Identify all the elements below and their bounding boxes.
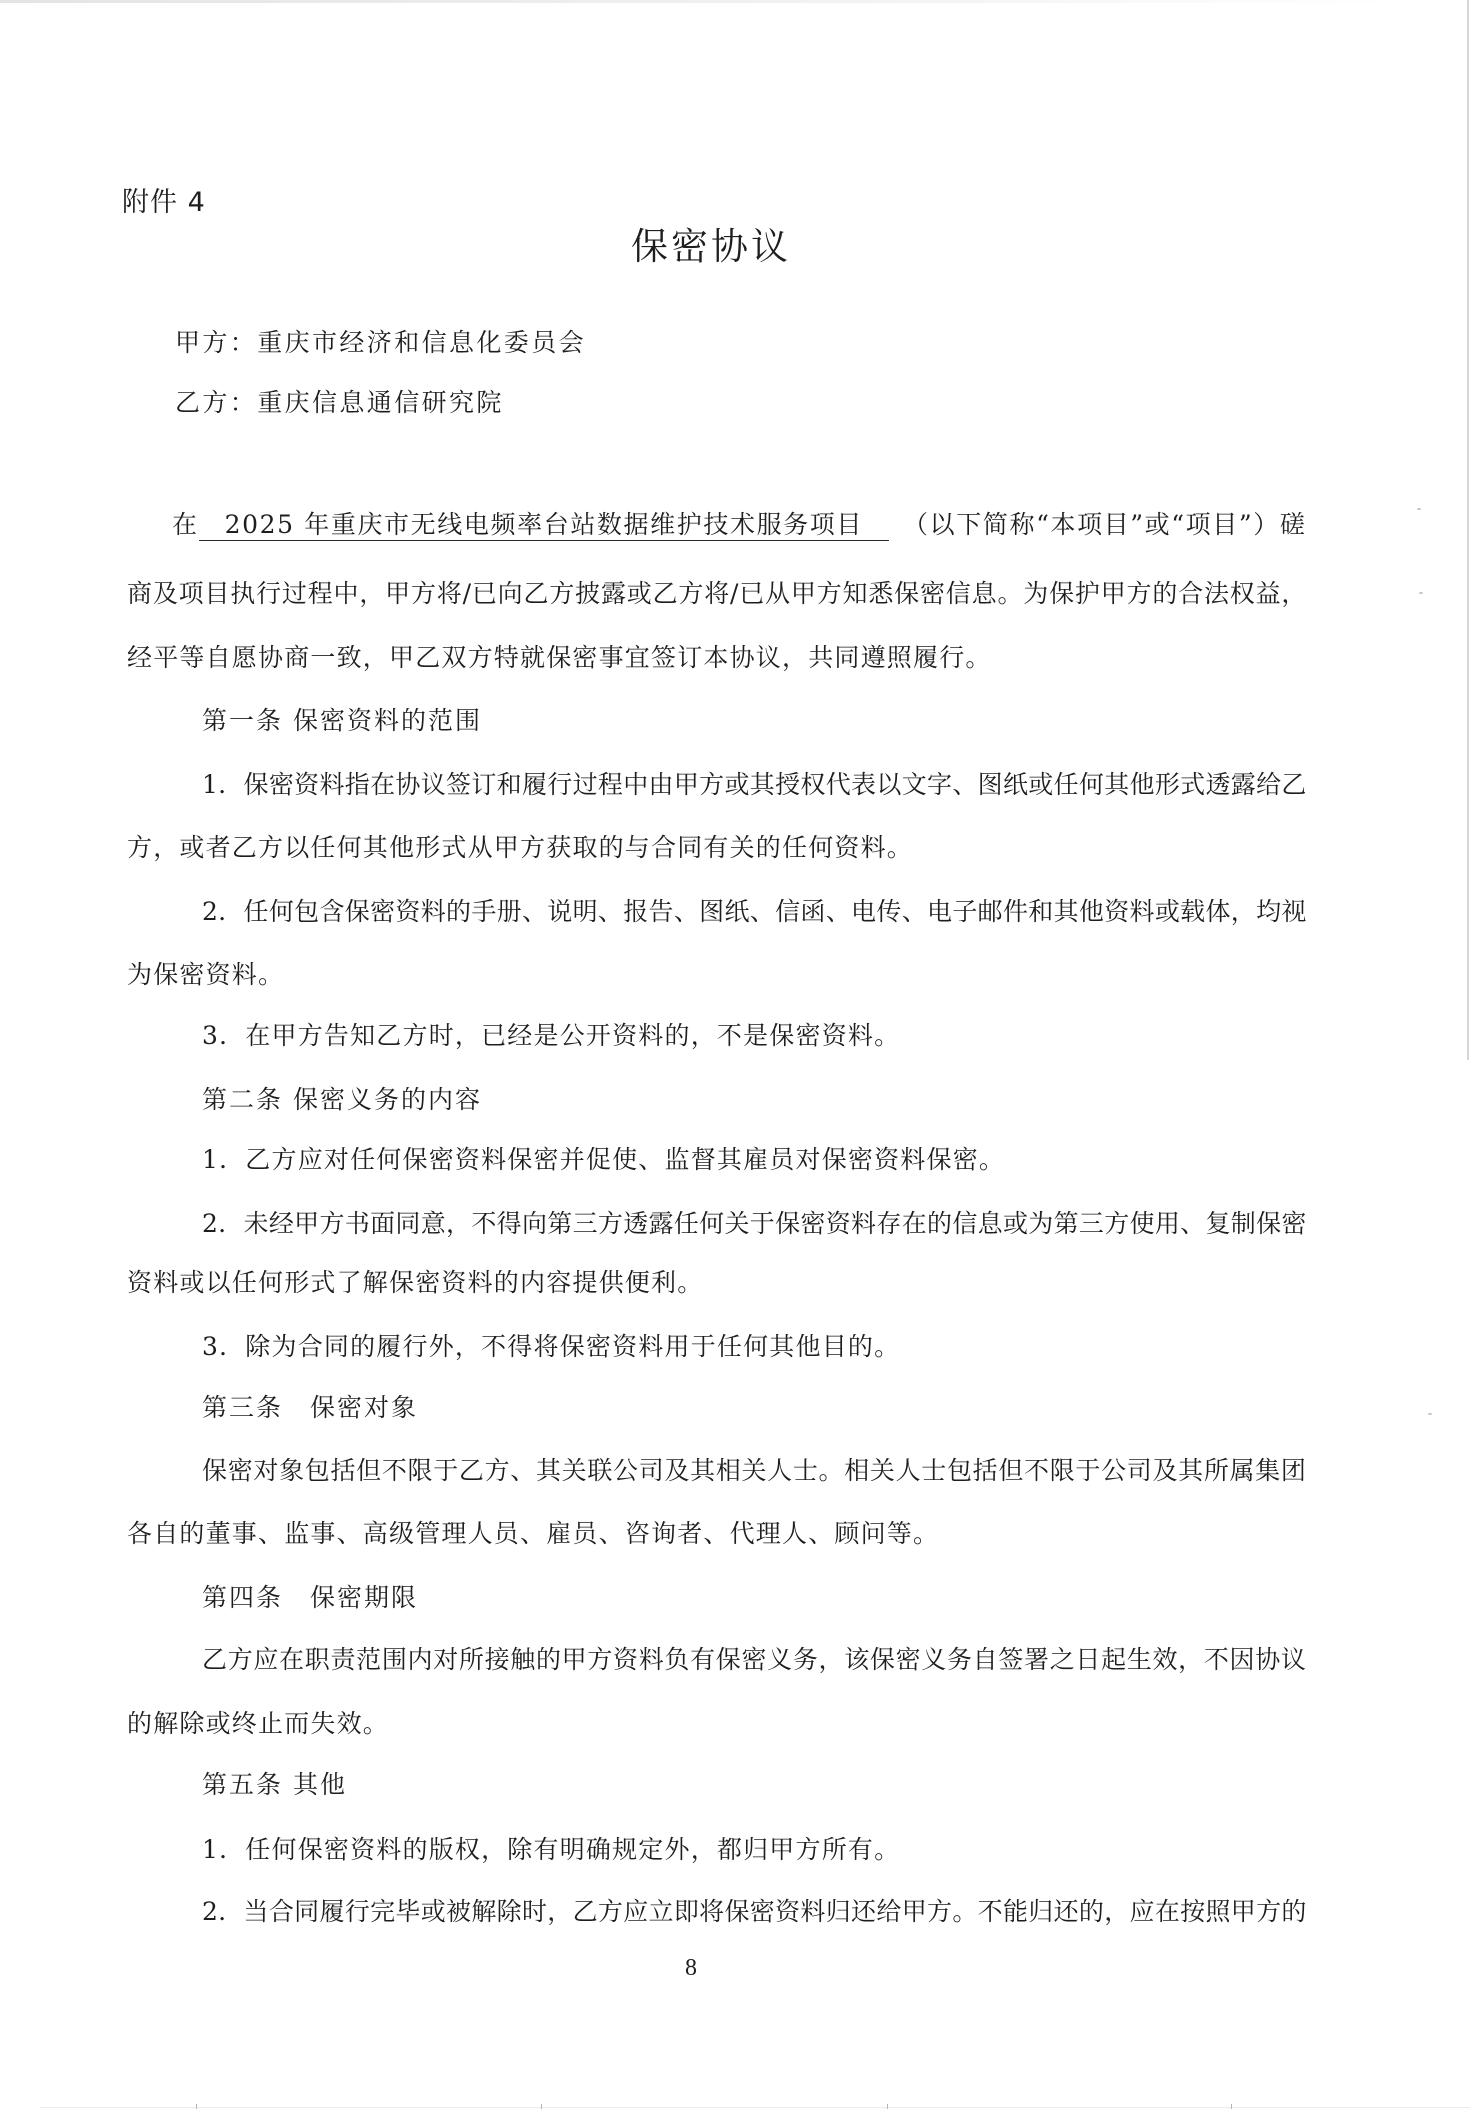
intro-line-2: 商及项目执行过程中，甲方将/已向乙方披露或乙方将/已从甲方知悉保密信息。为保护甲… xyxy=(127,578,1307,610)
intro-line-3: 经平等自愿协商一致，甲乙双方特就保密事宜签订本协议，共同遵照履行。 xyxy=(127,642,992,674)
scan-speck xyxy=(1428,1413,1432,1415)
annex-label: 附件 4 xyxy=(122,186,206,220)
article-3-heading: 第三条 保密对象 xyxy=(202,1392,418,1424)
scan-tick-mark xyxy=(196,2104,197,2109)
article-4-heading: 第四条 保密期限 xyxy=(202,1582,418,1614)
intro-line-1: 在2025 年重庆市无线电频率台站数据维护技术服务项目（以下简称“本项目”或“项… xyxy=(172,509,1307,541)
party-b: 乙方：重庆信息通信研究院 xyxy=(175,387,504,419)
project-name-underlined: 2025 年重庆市无线电频率台站数据维护技术服务项目 xyxy=(199,510,889,541)
article-1-line: 为保密资料。 xyxy=(127,959,284,991)
article-1-line: 1．保密资料指在协议签订和履行过程中由甲方或其授权代表以文字、图纸或任何其他形式… xyxy=(202,769,1307,801)
article-1-line: 3．在甲方告知乙方时，已经是公开资料的，不是保密资料。 xyxy=(202,1020,900,1052)
article-4-line: 乙方应在职责范围内对所接触的甲方资料负有保密义务，该保密义务自签署之日起生效，不… xyxy=(202,1644,1307,1676)
document-page: 附件 4 保密协议 甲方：重庆市经济和信息化委员会 乙方：重庆信息通信研究院 在… xyxy=(0,0,1483,2116)
scan-tick-mark xyxy=(1231,2104,1232,2109)
article-2-line: 资料或以任何形式了解保密资料的内容提供便利。 xyxy=(127,1267,703,1299)
article-1-line: 2．任何包含保密资料的手册、说明、报告、图纸、信函、电传、电子邮件和其他资料或载… xyxy=(202,896,1307,928)
article-3-line: 保密对象包括但不限于乙方、其关联公司及其相关人士。相关人士包括但不限于公司及其所… xyxy=(202,1455,1307,1487)
scan-right-edge xyxy=(1467,0,1469,1060)
article-4-line: 的解除或终止而失效。 xyxy=(127,1708,389,1740)
scan-top-edge xyxy=(0,0,1400,3)
intro-suffix: （以下简称“本项目”或“项目”）磋 xyxy=(889,510,1306,539)
document-title: 保密协议 xyxy=(631,224,791,270)
scan-speck xyxy=(1419,592,1423,594)
article-1-line: 方，或者乙方以任何其他形式从甲方获取的与合同有关的任何资料。 xyxy=(127,832,913,864)
intro-prefix: 在 xyxy=(172,510,199,539)
article-2-line: 2．未经甲方书面同意，不得向第三方透露任何关于保密资料存在的信息或为第三方使用、… xyxy=(202,1208,1307,1240)
article-5-line: 1．任何保密资料的版权，除有明确规定外，都归甲方所有。 xyxy=(202,1834,900,1866)
article-2-line: 3．除为合同的履行外，不得将保密资料用于任何其他目的。 xyxy=(202,1331,900,1363)
scan-bottom-edge xyxy=(40,2107,1470,2108)
article-1-heading: 第一条 保密资料的范围 xyxy=(202,705,482,737)
party-a: 甲方：重庆市经济和信息化委员会 xyxy=(175,327,586,359)
scan-tick-mark xyxy=(541,2104,542,2109)
article-3-line: 各自的董事、监事、高级管理人员、雇员、咨询者、代理人、顾问等。 xyxy=(127,1518,939,1550)
article-5-heading: 第五条 其他 xyxy=(202,1769,347,1801)
scan-speck xyxy=(1417,508,1421,510)
page-number: 8 xyxy=(685,1953,697,1983)
article-2-line: 1．乙方应对任何保密资料保密并促使、监督其雇员对保密资料保密。 xyxy=(202,1144,1005,1176)
article-2-heading: 第二条 保密义务的内容 xyxy=(202,1084,482,1116)
scan-tick-mark xyxy=(887,2104,888,2109)
article-5-line: 2．当合同履行完毕或被解除时，乙方应立即将保密资料归还给甲方。不能归还的，应在按… xyxy=(202,1896,1307,1928)
